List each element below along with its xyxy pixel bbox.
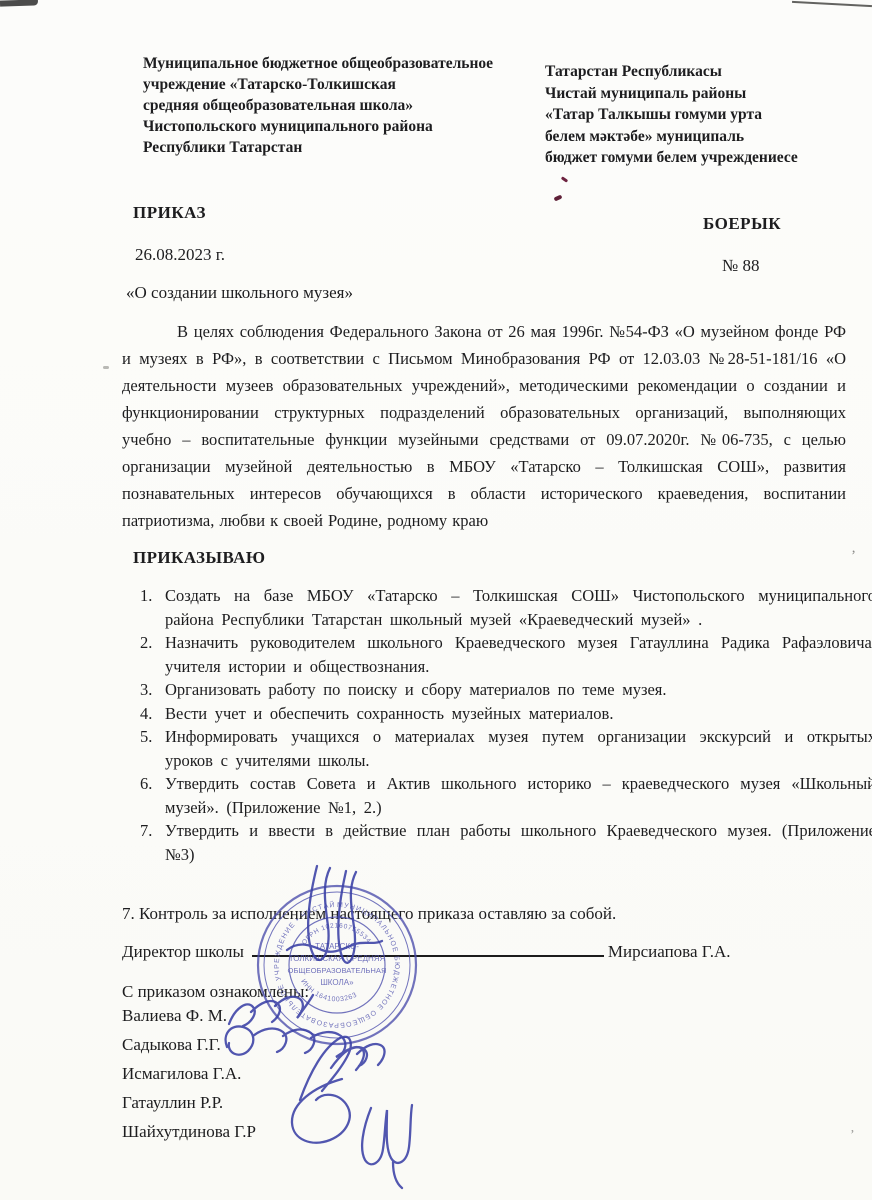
seal-center-line: ТАТАРСКО- (315, 942, 359, 951)
signatory-name: Гатауллин Р.Р. (122, 1088, 256, 1117)
header-line: учреждение «Татарско-Толкишская (143, 74, 545, 95)
order-items: Создать на базе МБОУ «Татарско – Толкишс… (128, 584, 872, 866)
order-item-text: Назначить руководителем школьного Краеве… (165, 633, 872, 676)
signatory-name: Садыкова Г.Г. (122, 1030, 256, 1059)
header-line: Чистопольского муниципального района (143, 116, 545, 137)
order-item-text: Организовать работу по поиску и сбору ма… (165, 680, 667, 699)
signatory-name: Шайхутдинова Г.Р (122, 1117, 256, 1146)
gataullin-signature (292, 1079, 350, 1143)
order-item-text: Утвердить и ввести в действие план работ… (165, 821, 872, 864)
school-name-russian: Муниципальное бюджетное общеобразователь… (143, 53, 545, 158)
order-item-3: Организовать работу по поиску и сбору ма… (160, 678, 872, 702)
header-line: «Татар Талкышы гомуми урта (545, 104, 855, 126)
order-item-4: Вести учет и обеспечить сохранность музе… (160, 702, 872, 726)
order-item-1: Создать на базе МБОУ «Татарско – Толкишс… (160, 584, 872, 631)
order-date: 26.08.2023 г. (135, 245, 225, 265)
header-line: Республики Татарстан (143, 137, 545, 158)
header-line: Чистай муниципаль районы (545, 83, 855, 105)
order-title-tt: БОЕРЫК (703, 214, 781, 234)
header-line: белем мәктәбе» муниципаль (545, 126, 855, 148)
order-item-5: Информировать учащихся о материалах музе… (160, 725, 872, 772)
order-item-2: Назначить руководителем школьного Краеве… (160, 631, 872, 678)
scan-edge-line (792, 1, 872, 7)
order-item-6: Утвердить состав Совета и Актив школьног… (160, 772, 872, 819)
signatory-name: Валиева Ф. М. (122, 1001, 256, 1030)
stray-mark: ’ (851, 548, 856, 565)
seal-center-line: ШКОЛА» (320, 978, 354, 987)
stray-mark (103, 366, 109, 369)
shaikhutdinova-signature (362, 1105, 412, 1188)
order-item-text: Вести учет и обеспечить сохранность музе… (165, 704, 613, 723)
stray-mark: ’ (850, 1128, 855, 1144)
scan-corner-mark (0, 0, 38, 7)
school-name-tatar: Татарстан Республикасы Чистай муниципаль… (545, 61, 855, 169)
school-seal-stamp: МУНИЦИПАЛЬНОЕ БЮДЖЕТНОЕ ОБЩЕОБРАЗОВАТЕЛЬ… (237, 865, 437, 1065)
order-number: № 88 (722, 256, 759, 276)
header-line: средняя общеобразовательная школа» (143, 95, 545, 116)
ink-speck (554, 194, 563, 201)
order-item-text: Утвердить состав Совета и Актив школьног… (165, 774, 872, 817)
order-preamble: В целях соблюдения Федерального Закона о… (122, 318, 846, 534)
ink-speck (561, 176, 568, 182)
scanned-order-document: ’ ’ Муниципальное бюджетное общеобразова… (0, 0, 872, 1200)
signatories-list: Валиева Ф. М. Садыкова Г.Г. Исмагилова Г… (122, 1001, 256, 1146)
header-line: Татарстан Республикасы (545, 61, 855, 83)
order-item-text: Информировать учащихся о материалах музе… (165, 727, 872, 770)
order-title-ru: ПРИКАЗ (133, 203, 206, 223)
order-subject: «О создании школьного музея» (126, 283, 353, 303)
director-label: Директор школы (122, 942, 244, 961)
command-word: ПРИКАЗЫВАЮ (133, 548, 265, 568)
header-line: бюджет гомуми белем учреждениесе (545, 147, 855, 169)
seal-center-line: ТОЛКИШСКАЯ СРЕДНЯЯ (289, 954, 386, 963)
seal-center-line: ОБЩЕОБРАЗОВАТЕЛЬНАЯ (288, 966, 387, 975)
order-item-text: Создать на базе МБОУ «Татарско – Толкишс… (165, 586, 872, 629)
header-line: Муниципальное бюджетное общеобразователь… (143, 53, 545, 74)
order-item-7: Утвердить и ввести в действие план работ… (160, 819, 872, 866)
signatory-name: Исмагилова Г.А. (122, 1059, 256, 1088)
director-name: Мирсиапова Г.А. (608, 942, 731, 961)
